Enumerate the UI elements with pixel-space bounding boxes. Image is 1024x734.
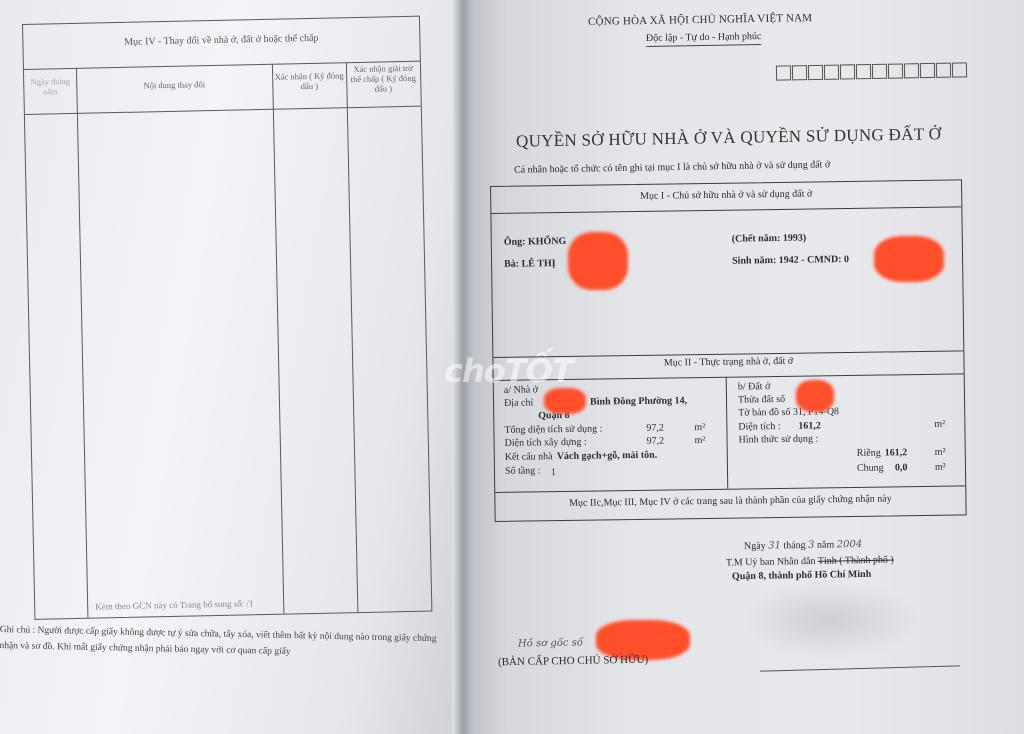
owner-2-note: Sinh năm: 1942 - CMND: 0 — [732, 254, 849, 267]
floors-value: 1 — [551, 467, 556, 478]
unit: m² — [934, 419, 945, 430]
record-number-label: Hồ sơ gốc số — [518, 637, 583, 649]
national-motto: Độc lập - Tự do - Hạnh phúc — [646, 31, 762, 47]
certificate-form: Mục I - Chủ sở hữu nhà ở và sử dụng đất … — [490, 179, 967, 522]
land-area-value: 161,2 — [798, 420, 821, 431]
left-page: Mục IV - Thay đổi về nhà ở, đất ở hoặc t… — [0, 0, 462, 734]
section-iv-title: Mục IV - Thay đổi về nhà ở, đất ở hoặc t… — [23, 31, 419, 50]
unit: m² — [935, 462, 946, 473]
address-value: Bình Đông Phường 14, — [590, 395, 687, 407]
official-stamp — [740, 580, 920, 660]
floors-label: Số tầng : — [505, 465, 541, 476]
owner-1: Ông: KHỔNG — [504, 236, 567, 248]
structure-label: Kết cấu nhà — [505, 451, 553, 463]
built-area-label: Diện tích xây dựng : — [505, 437, 587, 449]
section-footer: Mục IIc,Mục III, Mục IV ở các trang sau … — [495, 485, 965, 510]
owner-2: Bà: LÊ THỊ — [504, 258, 556, 270]
address-label: Địa chỉ — [504, 397, 533, 408]
land-area-label: Diện tích : — [738, 421, 780, 433]
column-divider — [346, 62, 359, 612]
col-date: Ngày tháng năm — [26, 76, 74, 97]
private-value: 161,2 — [885, 447, 908, 458]
total-area-label: Tổng diện tích sử dụng : — [504, 423, 602, 435]
structure-value: Vách gạch+gỗ, mái tôn. — [557, 450, 658, 462]
column-divider — [726, 377, 729, 489]
redaction-mark — [874, 236, 944, 282]
built-area-value: 97,2 — [647, 436, 665, 447]
col-confirm: Xác nhận ( Ký đóng dấu ) — [274, 70, 344, 91]
total-area-value: 97,2 — [646, 423, 664, 434]
usage-label: Hình thức sử dụng : — [738, 433, 818, 445]
private-label: Riêng — [857, 448, 881, 459]
owner-1-note: (Chết năm: 1993) — [732, 233, 807, 245]
redaction-mark — [544, 388, 586, 414]
land-label: b/ Đất ở — [738, 381, 771, 392]
watermark-logo: choTỐT — [444, 352, 573, 390]
footnote: Ghi chú : Người được cấp giấy không được… — [0, 622, 450, 663]
plot-label: Thửa đất số — [738, 394, 785, 406]
redaction-mark — [568, 232, 628, 290]
section-i-heading: Mục I - Chủ sở hữu nhà ở và sử dụng đất … — [491, 186, 961, 214]
col-mortgage-release: Xác nhận giải trừ thế chấp ( Ký đóng dấu… — [348, 63, 419, 94]
unit: m² — [935, 447, 946, 458]
unit: m² — [694, 422, 705, 433]
shared-value: 0,0 — [895, 462, 908, 473]
changes-table: Mục IV - Thay đổi về nhà ở, đất ở hoặc t… — [22, 16, 432, 620]
unit: m² — [694, 435, 705, 446]
shared-label: Chung — [857, 463, 884, 474]
column-divider — [272, 64, 285, 614]
issue-date: Ngày 31 tháng 3 năm 2004 — [744, 539, 862, 552]
column-divider — [76, 68, 89, 618]
redaction-mark — [796, 380, 834, 412]
supplement-note: Kèm theo GCN này có Trang bổ sung số: /1 — [95, 598, 253, 611]
